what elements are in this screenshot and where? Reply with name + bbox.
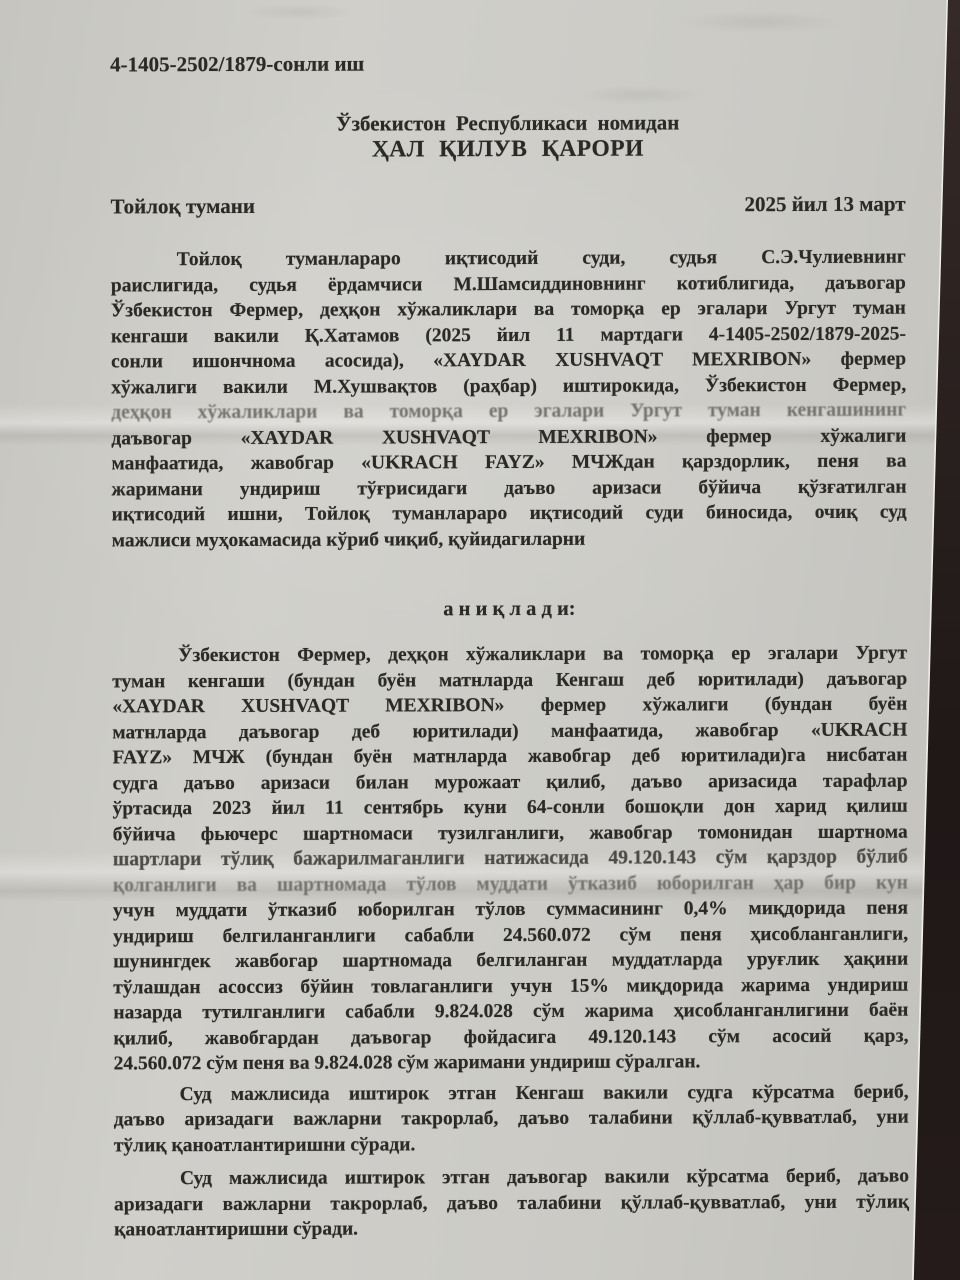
text-line: назарда тутилганлиги сабабли 9.824.028 с… [113, 998, 908, 1026]
place-date-row: Тойлоқ тумани 2025 йил 13 март [111, 191, 906, 220]
text-line: иқтисодий ишни, Тойлоқ туманлараро иқтис… [112, 500, 907, 528]
text-line: шунингдек жавбогар шартномада белгиланга… [113, 947, 908, 975]
established-heading: а н и қ л а д и: [112, 595, 907, 624]
text-line: аризадаги важларни такрорлаб, даъво тала… [114, 1189, 909, 1217]
text-line: мажлиси муҳокамасида кўриб чиқиб, қуйида… [112, 525, 907, 553]
text-line: Ўзбекистон Фермер, деҳқон хўжаликлари ва… [111, 296, 906, 324]
case-number: 4-1405-2502/1879-сонли иш [110, 49, 905, 78]
text-line-faded-by-fold: қолганлиги ва шартномада тўлов муддати ў… [113, 870, 908, 898]
text-line: хўжалиги вакили М.Хушвақтов (раҳбар) ишт… [111, 372, 906, 400]
text-line: тўлиқ қаноатлантиришни сўради. [114, 1130, 909, 1158]
paragraph-council-representative: Суд мажлисида иштирок этган Кенгаш вакил… [114, 1079, 909, 1158]
text-line: «XAYDAR XUSHVAQT MEXRIBON» фермер хўжали… [112, 692, 907, 720]
court-location: Тойлоқ тумани [111, 193, 256, 220]
text-line: раислигида, судья ёрдамчиси М.Шамсиддино… [111, 270, 906, 298]
paragraph-plaintiff-representative: Суд мажлисида иштирок этган даъвогар вак… [114, 1164, 909, 1243]
document-heading: Ўзбекистон Республикаси номидан ҲАЛ ҚИЛУ… [110, 109, 905, 164]
text-line: даъвогар «XAYDAR XUSHVAQT MEXRIBON» ферм… [111, 423, 906, 451]
text-line: Суд мажлисида иштирок этган даъвогар вак… [114, 1164, 909, 1192]
text-line: Суд мажлисида иштирок этган Кенгаш вакил… [114, 1079, 909, 1107]
text-line: бўйича фьючерс шартномаси тузилганлиги, … [113, 819, 908, 847]
text-line: қилиб, жавобгардан даъвогар фойдасига 49… [113, 1023, 908, 1051]
text-line: ундириш белгиланганлиги сабабли 24.560.0… [113, 921, 908, 949]
text-line-faded-by-fold: деҳқон хўжаликлари ва томорқа ер эгалари… [111, 398, 906, 426]
paper-right-edge [900, 0, 960, 1280]
text-line: ўртасида 2023 йил 11 сентябрь куни 64-со… [113, 794, 908, 822]
document-text-block: 4-1405-2502/1879-сонли иш Ўзбекистон Рес… [110, 0, 909, 1243]
scanned-court-decision-photo: 4-1405-2502/1879-сонли иш Ўзбекистон Рес… [0, 0, 960, 1280]
text-line: учун муддати ўтказиб юборилган тўлов сум… [113, 896, 908, 924]
text-line: Ўзбекистон Фермер, деҳқон хўжаликлари ва… [112, 641, 907, 669]
in-the-name-of-line: Ўзбекистон Республикаси номидан [110, 109, 905, 138]
text-line: жаримани ундириш тўғрисидаги даъво ариза… [111, 474, 906, 502]
document-body: Тойлоқ туманлараро иқтисодий суди, судья… [111, 245, 909, 1243]
paragraph-intro: Тойлоқ туманлараро иқтисодий суди, судья… [111, 245, 907, 554]
text-line: туман кенгаши (бундан буён матнларда Кен… [112, 666, 907, 694]
text-line-faded-by-fold: шартлари тўлиқ бажарилмаганлиги натижаси… [113, 845, 908, 873]
decision-date: 2025 йил 13 март [744, 191, 905, 218]
text-line: Тойлоқ туманлараро иқтисодий суди, судья… [111, 245, 906, 273]
text-line: тўлашдан асоссиз бўйин товлаганлиги учун… [113, 972, 908, 1000]
text-line: FAYZ» МЧЖ (бундан буён матнларда жавобга… [112, 743, 907, 771]
text-line: матнларда даъвогар деб юритилади) манфаа… [112, 717, 907, 745]
text-line: манфаатида, жавобгар «UKRACH FAYZ» МЧЖда… [111, 449, 906, 477]
text-line: даъво аризадаги важларни такрорлаб, даъв… [114, 1105, 909, 1133]
text-line: қаноатлантиришни сўради. [114, 1215, 909, 1243]
text-line: сонли ишончнома асосида), «XAYDAR XUSHVA… [111, 347, 906, 375]
text-line: 24.560.072 сўм пеня ва 9.824.028 сўм жар… [114, 1049, 909, 1077]
text-line: кенгаши вакили Қ.Хатамов (2025 йил 11 ма… [111, 321, 906, 349]
text-line: судга даъво аризаси билан мурожаат қилиб… [113, 768, 908, 796]
paragraph-claims: Ўзбекистон Фермер, деҳқон хўжаликлари ва… [112, 641, 909, 1077]
document-title: ҲАЛ ҚИЛУВ ҚАРОРИ [110, 135, 905, 164]
